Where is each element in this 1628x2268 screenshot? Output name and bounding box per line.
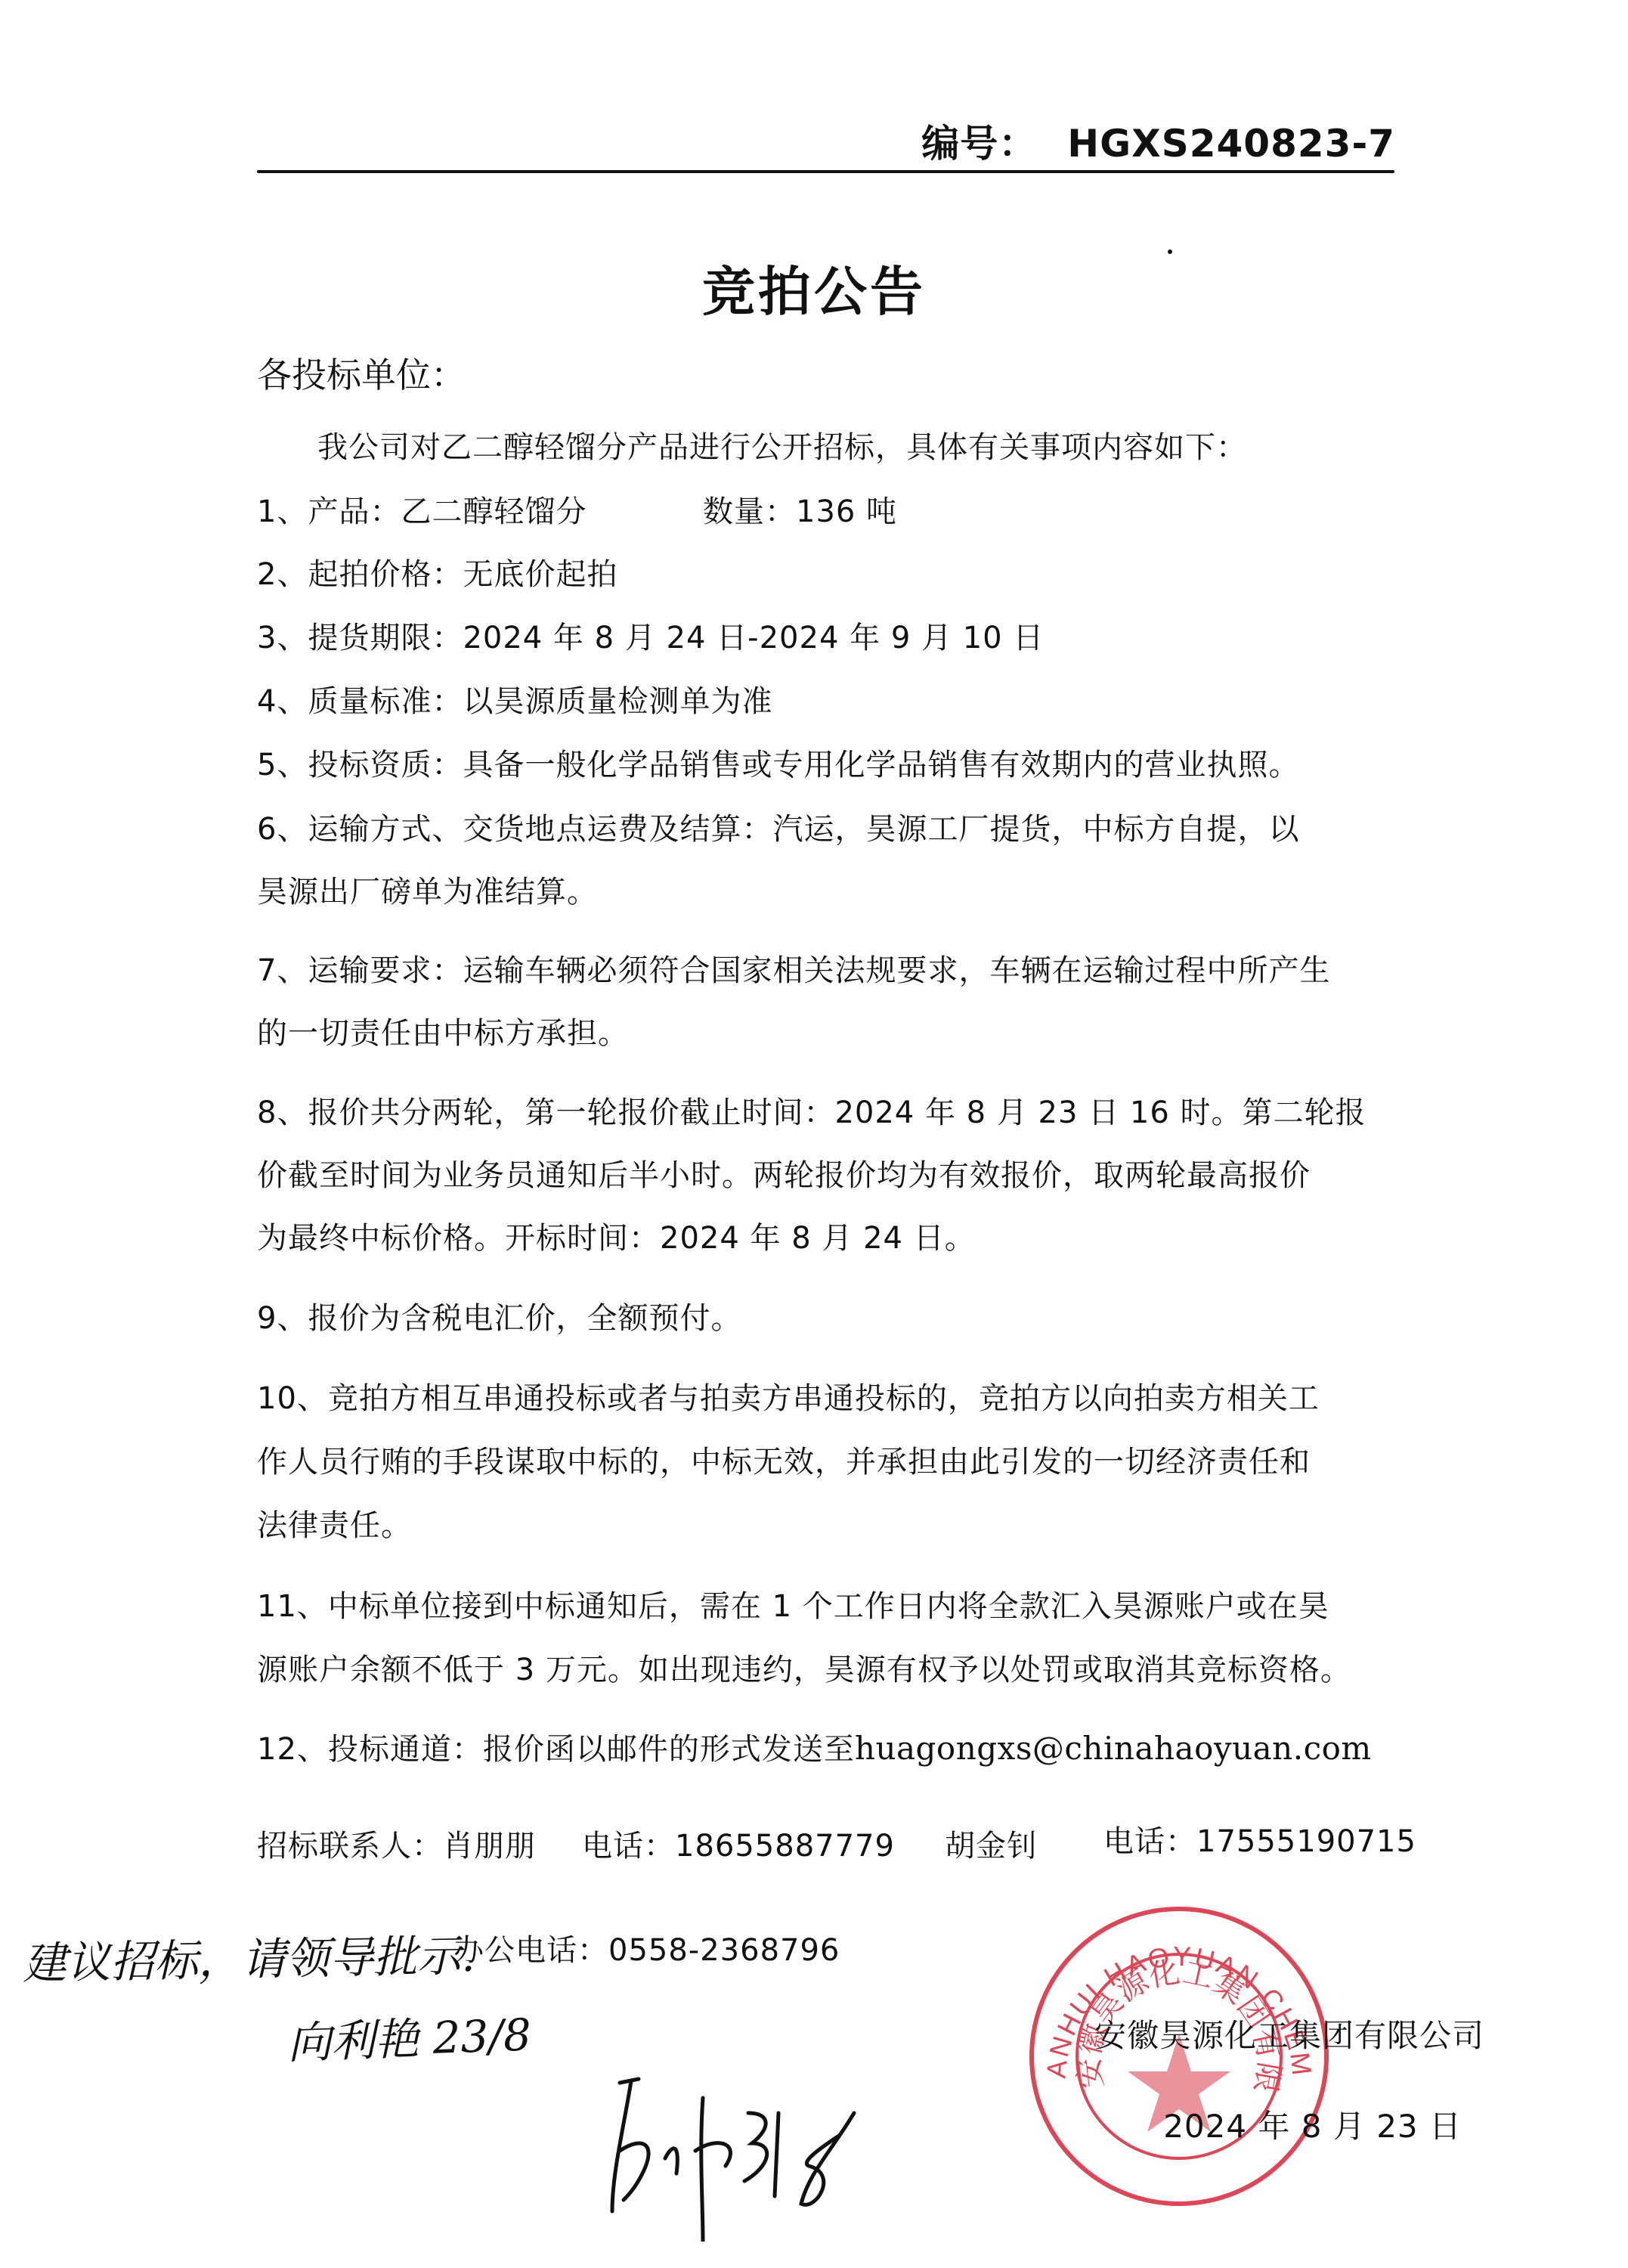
- item-7-requirement-line1: 7、运输要求：运输车辆必须符合国家相关法规要求，车辆在运输过程中所产生: [257, 947, 1330, 990]
- document-number-value: HGXS240823-7: [1067, 122, 1395, 166]
- item-7-requirement-line2: 的一切责任由中标方承担。: [257, 1009, 629, 1052]
- document-number-label: 编号：: [921, 122, 1037, 166]
- item-8-quote-line3: 为最终中标价格。开标时间：2024 年 8 月 24 日。: [257, 1214, 976, 1257]
- contact-primary-name: 招标联系人：肖朋朋: [257, 1822, 536, 1865]
- item-9-payment: 9、报价为含税电汇价，全额预付。: [257, 1294, 741, 1337]
- item-12-label: 12、投标通道：报价函以邮件的形式发送至: [257, 1732, 855, 1767]
- item-8-quote-line1: 8、报价共分两轮，第一轮报价截止时间：2024 年 8 月 23 日 16 时。…: [257, 1089, 1366, 1132]
- item-10-collusion-line2: 作人员行贿的手段谋取中标的，中标无效，并承担由此引发的一切经济责任和: [257, 1438, 1311, 1481]
- item-2-starting-price: 2、起拍价格：无底价起拍: [257, 550, 617, 593]
- salutation: 各投标单位：: [257, 348, 466, 398]
- item-3-pickup-period: 3、提货期限：2024 年 8 月 24 日-2024 年 9 月 10 日: [257, 614, 1044, 657]
- item-1-quantity: 数量：136 吨: [703, 488, 897, 531]
- item-8-quote-line2: 价截至时间为业务员通知后半小时。两轮报价均为有效报价，取两轮最高报价: [257, 1151, 1311, 1194]
- item-10-collusion-line1: 10、竞拍方相互串通投标或者与拍卖方串通投标的，竞拍方以向拍卖方相关工: [257, 1374, 1320, 1417]
- item-11-deposit-line1: 11、中标单位接到中标通知后，需在 1 个工作日内将全款汇入昊源账户或在昊: [257, 1582, 1329, 1625]
- header-divider: [257, 170, 1394, 173]
- handwritten-signature-2: [590, 2068, 877, 2242]
- item-12-channel: 12、投标通道：报价函以邮件的形式发送至huagongxs@chinahaoyu…: [257, 1725, 1372, 1768]
- item-6-transport-line1: 6、运输方式、交货地点运费及结算：汽运，昊源工厂提货，中标方自提，以: [257, 805, 1299, 848]
- item-5-qualification: 5、投标资质：具备一般化学品销售或专用化学品销售有效期内的营业执照。: [257, 741, 1299, 784]
- stamp-inner-text: 安徽昊源化工集团有限公司: [1020, 1898, 1286, 2096]
- intro-paragraph: 我公司对乙二醇轻馏分产品进行公开招标，具体有关事项内容如下：: [317, 423, 1247, 466]
- company-name: 安徽昊源化工集团有限公司: [1094, 2011, 1484, 2056]
- item-11-deposit-line2: 源账户余额不低于 3 万元。如出现违约，昊源有权予以处罚或取消其竞标资格。: [257, 1646, 1351, 1689]
- contact-secondary-phone: 电话：17555190715: [1103, 1817, 1416, 1861]
- office-phone: 办公电话：0558-2368796: [453, 1926, 840, 1969]
- handwritten-signature-1: 向利艳 23/8: [286, 1999, 532, 2071]
- handwritten-note: 建议招标，请领导批示.: [22, 1920, 475, 1991]
- contact-secondary-name: 胡金钊: [945, 1822, 1038, 1865]
- item-1-product: 1、产品：乙二醇轻馏分: [257, 488, 587, 531]
- signing-date: 2024 年 8 月 23 日: [1163, 2102, 1462, 2147]
- email-link[interactable]: huagongxs@chinahaoyuan.com: [855, 1730, 1372, 1767]
- item-4-quality-standard: 4、质量标准：以昊源质量检测单为准: [257, 677, 772, 720]
- item-6-transport-line2: 昊源出厂磅单为准结算。: [257, 868, 598, 911]
- document-number: 编号：HGXS240823-7: [921, 113, 1395, 168]
- svg-text:安徽昊源化工集团有限公司: 安徽昊源化工集团有限公司: [1020, 1898, 1286, 2096]
- item-10-collusion-line3: 法律责任。: [257, 1501, 412, 1545]
- company-seal-stamp: ANHUI HAOYUAN CHEMICAL GROUP CO., LTD 安徽…: [1020, 1898, 1338, 2215]
- contact-primary-phone: 电话：18655887779: [582, 1822, 895, 1865]
- page-title: 竞拍公告: [0, 249, 1628, 326]
